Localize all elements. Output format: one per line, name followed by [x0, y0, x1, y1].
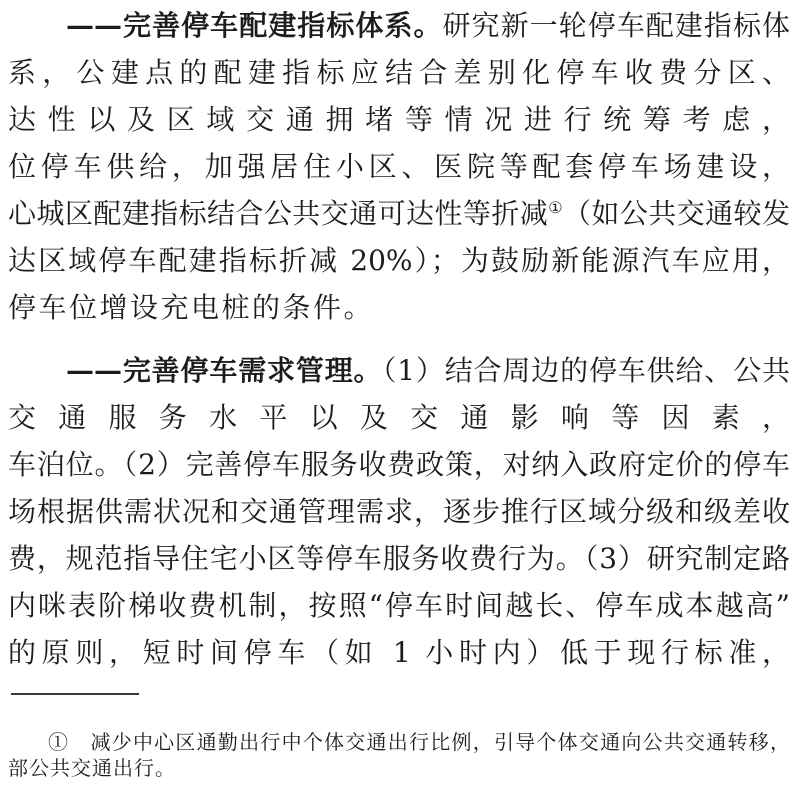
document-page: ——完善停车配建指标体系。研究新一轮停车配建指标体 系，公建点的配建指标应结合差…: [0, 0, 800, 781]
body-text: 心城区配建指标结合公共交通可达性等折减: [8, 197, 548, 230]
footnote: ① 减少中心区通勤出行中个体交通出行比例，引导个体交通向公共交通转移，倡导城市内…: [8, 729, 790, 781]
paragraph-parking-allocation-standards: ——完善停车配建指标体系。研究新一轮停车配建指标体 系，公建点的配建指标应结合差…: [8, 2, 790, 331]
body-line: ——完善停车配建指标体系。研究新一轮停车配建指标体: [8, 2, 790, 49]
body-line: 达性以及区域交通拥堵等情况进行统筹考虑，控制中心区就业岗: [8, 96, 790, 143]
body-line: 达区域停车配建指标折减 20%）；为鼓励新能源汽车应用，预留: [8, 237, 790, 284]
body-text: （如公共交通较发: [563, 197, 790, 230]
footnote-line: 部公共交通出行。: [8, 755, 790, 781]
body-line: 车泊位。（2）完善停车服务收费政策，对纳入政府定价的停车: [8, 441, 790, 488]
paragraph-lead: ——完善停车配建指标体系。: [66, 9, 443, 42]
body-line: 场根据供需状况和交通管理需求，逐步推行区域分级和级差收: [8, 488, 790, 535]
footnote-line: ① 减少中心区通勤出行中个体交通出行比例，引导个体交通向公共交通转移，倡导城市内: [8, 729, 790, 755]
body-text: 研究新一轮停车配建指标体: [443, 9, 790, 42]
paragraph-lead: ——完善停车需求管理。: [66, 354, 382, 387]
body-line: 的原则，短时间停车（如 1 小时内）低于现行标准，首小时后的: [8, 629, 790, 676]
body-line: ——完善停车需求管理。（1）结合周边的停车供给、公共: [8, 347, 790, 394]
body-line: 心城区配建指标结合公共交通可达性等折减①（如公共交通较发: [8, 190, 790, 237]
body-line: 停车位增设充电桩的条件。: [8, 284, 790, 331]
footnote-reference-marker: ①: [548, 198, 563, 217]
body-line: 位停车供给，加强居住小区、医院等配套停车场建设，并考虑中: [8, 143, 790, 190]
footnote-separator-rule: [11, 693, 139, 695]
body-line: 内咪表阶梯收费机制，按照“停车时间越长、停车成本越高”: [8, 582, 790, 629]
body-line: 交通服务水平以及交通影响等因素，定期动态评估和调整路边停: [8, 394, 790, 441]
body-text: （1）结合周边的停车供给、公共: [382, 354, 790, 387]
paragraph-parking-demand-management: ——完善停车需求管理。（1）结合周边的停车供给、公共 交通服务水平以及交通影响等…: [8, 347, 790, 676]
body-line: 费，规范指导住宅小区等停车服务收费行为。（3）研究制定路: [8, 535, 790, 582]
body-line: 系，公建点的配建指标应结合差别化停车收费分区、公共交通可: [8, 49, 790, 96]
